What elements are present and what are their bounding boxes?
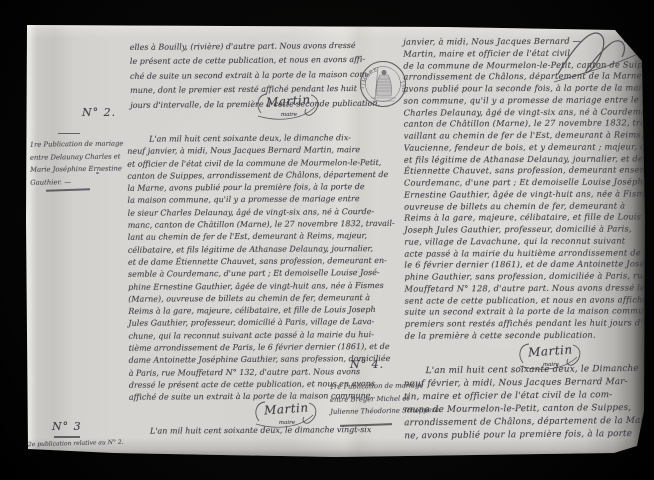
manuscript-line: phine Gauthier, sans profession, domicil… [404,270,646,283]
manuscript-line: Ernestine Gauthier, âgée de vingt-huit a… [404,188,646,201]
margin-rule-thick [46,188,90,192]
manuscript-line: de la première à cette seconde publicati… [405,329,647,342]
manuscript-line: rue, village de Lavachune, qui la reconn… [404,235,646,248]
margin-note-publication-2: 1re Publication de mariageentre Delaunay… [30,137,135,188]
margin-rule [58,133,80,134]
margin-number-2: N° 2. [82,106,116,119]
book-spread: N° 2. 1re Publication de mariageentre De… [24,20,646,458]
manuscript-line: dame Antoinette Joséphine Gauthier, sans… [129,354,341,368]
manuscript-line: premiers sont restés affichés pendant le… [405,317,647,330]
manuscript-line: Marie Joséphine Ernestine [30,162,134,176]
manuscript-line: Mouffetard N° 128, d'autre part. Nous av… [404,282,646,295]
imperial-stamp: TIMBRE IMPERIAL [358,60,410,114]
signature-martin-1: Martin maire [254,92,324,124]
signature-title: maire [254,112,324,118]
manuscript-line: 1re Publication de mariage [30,137,134,151]
manuscript-line: Joseph Jules Gauthier, professeur, domic… [404,223,646,236]
manuscript-line: neuf janvier, à midi, Nous Jacques Berna… [127,145,339,159]
manuscript-line: le présent acte de cette publication, et… [130,53,338,69]
left-record-no3-start: L'an mil huit cent soixante deux, le dim… [128,423,346,438]
manuscript-line: Courdemanc, d'une part ; Et demoiselle L… [404,176,646,189]
manuscript-line: la maison commune, qu'il y a promesse de… [127,194,339,208]
manuscript-line: avons publié pour la seconde fois, à la … [403,82,645,95]
margin-rule [54,436,80,438]
manuscript-line: vaillant au chemin de fer de l'Est, deme… [404,129,646,142]
manuscript-line: ne, avons publié pour la première fois, … [404,428,654,444]
ink-speck [96,172,99,174]
manuscript-line: Vaucienne, fendeur de bois, et y demeura… [404,141,646,154]
manuscript-line: semble à Courdemanc, d'une part ; Et dem… [128,268,340,282]
manuscript-line: lant au chemin de fer de l'Est, demeuran… [128,231,340,245]
scanned-register-spread: N° 2. 1re Publication de mariageentre De… [0,0,654,480]
right-record-no4-start: L'an mil huit cent soixante deux, le Dim… [404,363,654,444]
right-record-no3-continuation: janvier, à midi, Nous Jacques Bernard —M… [403,35,647,342]
manuscript-line: son commune, qu'il y a promesse de maria… [404,94,646,107]
manuscript-line: Jules Gauthier, professeur, domicilié à … [128,317,340,331]
manuscript-line: neuf février, à midi, Nous Jacques Berna… [404,376,654,392]
manuscript-line: Gauthier. — [30,175,134,189]
left-record-no2: L'an mil huit cent soixante deux, le dim… [127,132,341,404]
margin-number-3: N° 3 [52,420,82,433]
manuscript-line: L'an mil huit cent soixante deux, le dim… [128,423,346,438]
margin-footnote-2e-publication: 2e publication relative au N° 2. [28,439,124,449]
margin-number-4: N° 4. [350,358,384,371]
